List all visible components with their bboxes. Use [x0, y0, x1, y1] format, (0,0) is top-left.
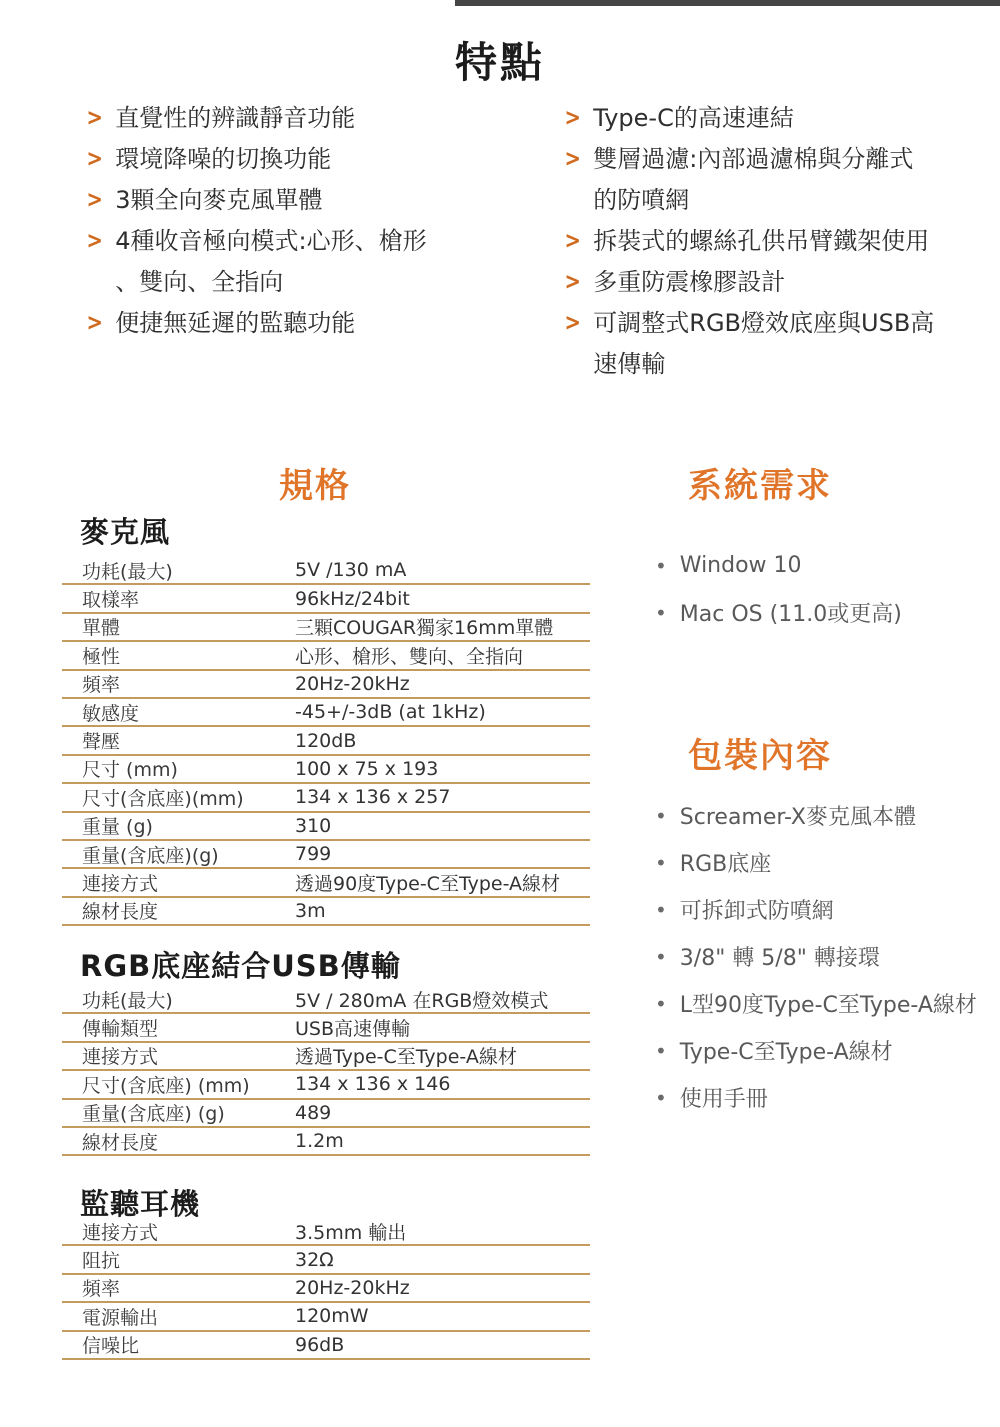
table-row: 信噪比 96dB — [62, 1332, 590, 1360]
list-item: • 可拆卸式防噴網 — [655, 886, 995, 933]
table-row: 線材長度 1.2m — [62, 1128, 590, 1156]
table-row: 阻抗 32Ω — [62, 1246, 590, 1274]
list-item: • Type-C至Type-A線材 — [655, 1027, 995, 1074]
spec-label: 功耗(最大) — [62, 557, 295, 584]
spec-table-monitor-headphone: 連接方式 3.5mm 輸出 阻抗 32Ω 頻率 20Hz-20kHz 電源輸出 … — [62, 1218, 590, 1360]
bullet-icon: • — [655, 806, 667, 826]
spec-value: 489 — [295, 1102, 331, 1124]
bullet-icon: • — [655, 1041, 667, 1061]
table-row: 單體 三顆COUGAR獨家16mm單體 — [62, 614, 590, 642]
list-item: • 使用手冊 — [655, 1074, 995, 1121]
spec-label: 尺寸(含底座)(mm) — [62, 784, 295, 811]
table-row: 電源輸出 120mW — [62, 1303, 590, 1331]
spec-value: 透過90度Type-C至Type-A線材 — [295, 869, 560, 896]
spec-value: 20Hz-20kHz — [295, 673, 410, 695]
bullet-icon: • — [655, 556, 667, 576]
spec-value: 透過Type-C至Type-A線材 — [295, 1042, 517, 1069]
feature-text: 多重防震橡膠設計 — [593, 262, 785, 303]
feature-item: > 雙層過濾:內部過濾棉與分離式 的防噴網 — [563, 139, 993, 221]
spec-label: 線材長度 — [62, 1128, 295, 1155]
feature-text: Type-C的高速連結 — [593, 98, 794, 139]
bullet-icon: • — [655, 853, 667, 873]
bullet-icon: • — [655, 994, 667, 1014]
table-row: 尺寸(含底座)(mm) 134 x 136 x 257 — [62, 784, 590, 812]
feature-text: 拆裝式的螺絲孔供吊臂鐵架使用 — [593, 221, 929, 262]
spec-table-microphone: 功耗(最大) 5V /130 mA 取樣率 96kHz/24bit 單體 三顆C… — [62, 557, 590, 926]
list-item: • RGB底座 — [655, 839, 995, 886]
list-item-text: Type-C至Type-A線材 — [680, 1035, 893, 1066]
specs-heading: 規格 — [62, 458, 568, 507]
spec-label: 極性 — [62, 642, 295, 669]
bullet-icon: • — [655, 900, 667, 920]
feature-item: > 4種收音極向模式:心形、槍形 、雙向、全指向 — [85, 221, 530, 303]
spec-label: 線材長度 — [62, 897, 295, 924]
spec-value: 799 — [295, 843, 331, 865]
spec-label: 連接方式 — [62, 869, 295, 896]
chevron-right-icon: > — [86, 221, 102, 262]
bullet-icon: • — [655, 603, 667, 623]
list-item: • Mac OS (11.0或更高) — [655, 589, 985, 636]
table-row: 聲壓 120dB — [62, 727, 590, 755]
feature-text: 3顆全向麥克風單體 — [115, 180, 322, 221]
table-row: 尺寸(含底座) (mm) 134 x 136 x 146 — [62, 1071, 590, 1099]
spec-value: 310 — [295, 815, 331, 837]
feature-text: 便捷無延遲的監聽功能 — [115, 303, 355, 344]
package-contents-heading: 包裝內容 — [620, 728, 900, 777]
spec-value: 5V /130 mA — [295, 559, 406, 581]
table-row: 取樣率 96kHz/24bit — [62, 585, 590, 613]
feature-item: > 拆裝式的螺絲孔供吊臂鐵架使用 — [563, 221, 993, 262]
spec-label: 連接方式 — [62, 1042, 295, 1069]
list-item-text: 可拆卸式防噴網 — [680, 894, 834, 925]
table-row: 連接方式 3.5mm 輸出 — [62, 1218, 590, 1246]
spec-value: 120dB — [295, 730, 356, 752]
spec-value: 134 x 136 x 257 — [295, 786, 450, 808]
spec-label: 單體 — [62, 613, 295, 640]
table-row: 連接方式 透過90度Type-C至Type-A線材 — [62, 869, 590, 897]
feature-item: > 3顆全向麥克風單體 — [85, 180, 530, 221]
table-row: 連接方式 透過Type-C至Type-A線材 — [62, 1043, 590, 1071]
feature-item: > 直覺性的辨識靜音功能 — [85, 98, 530, 139]
page-title: 特點 — [0, 30, 1000, 90]
table-row: 頻率 20Hz-20kHz — [62, 1275, 590, 1303]
table-row: 功耗(最大) 5V /130 mA — [62, 557, 590, 585]
table-row: 極性 心形、槍形、雙向、全指向 — [62, 642, 590, 670]
top-edge-strip — [455, 0, 1000, 6]
spec-label: 取樣率 — [62, 585, 295, 612]
spec-value: 96dB — [295, 1334, 344, 1356]
spec-value: 96kHz/24bit — [295, 588, 410, 610]
chevron-right-icon: > — [86, 98, 102, 139]
spec-value: 1.2m — [295, 1130, 344, 1152]
spec-label: 頻率 — [62, 1274, 295, 1301]
table-row: 尺寸 (mm) 100 x 75 x 193 — [62, 756, 590, 784]
spec-value: 100 x 75 x 193 — [295, 758, 438, 780]
table-row: 重量(含底座) (g) 489 — [62, 1100, 590, 1128]
table-row: 線材長度 3m — [62, 898, 590, 926]
spec-label: 敏感度 — [62, 699, 295, 726]
list-item-text: L型90度Type-C至Type-A線材 — [680, 988, 977, 1019]
system-requirements-heading: 系統需求 — [620, 458, 900, 507]
feature-text: 環境降噪的切換功能 — [115, 139, 331, 180]
list-item-text: Mac OS (11.0或更高) — [680, 597, 902, 628]
spec-value: 134 x 136 x 146 — [295, 1073, 450, 1095]
feature-item: > 便捷無延遲的監聽功能 — [85, 303, 530, 344]
spec-table-rgb-base: 功耗(最大) 5V / 280mA 在RGB燈效模式 傳輸類型 USB高速傳輸 … — [62, 986, 590, 1156]
spec-value: 3.5mm 輸出 — [295, 1218, 406, 1245]
section-title-rgb-base: RGB底座結合USB傳輸 — [80, 944, 401, 985]
chevron-right-icon: > — [86, 303, 102, 344]
chevron-right-icon: > — [86, 180, 102, 221]
section-title-microphone: 麥克風 — [80, 510, 170, 551]
spec-label: 重量 (g) — [62, 812, 295, 839]
spec-value: 5V / 280mA 在RGB燈效模式 — [295, 986, 548, 1013]
feature-text: 4種收音極向模式:心形、槍形 、雙向、全指向 — [115, 221, 426, 303]
table-row: 重量(含底座)(g) 799 — [62, 841, 590, 869]
list-item: • Window 10 — [655, 542, 985, 589]
system-requirements-list: • Window 10 • Mac OS (11.0或更高) — [655, 542, 985, 636]
feature-item: > Type-C的高速連結 — [563, 98, 993, 139]
feature-text: 可調整式RGB燈效底座與USB高 速傳輸 — [593, 303, 934, 385]
list-item-text: RGB底座 — [680, 847, 771, 878]
table-row: 傳輸類型 USB高速傳輸 — [62, 1014, 590, 1042]
list-item-text: Window 10 — [680, 553, 802, 578]
spec-value: 3m — [295, 900, 326, 922]
feature-text: 雙層過濾:內部過濾棉與分離式 的防噴網 — [593, 139, 913, 221]
spec-value: 120mW — [295, 1305, 369, 1327]
table-row: 頻率 20Hz-20kHz — [62, 671, 590, 699]
table-row: 重量 (g) 310 — [62, 813, 590, 841]
feature-item: > 環境降噪的切換功能 — [85, 139, 530, 180]
chevron-right-icon: > — [564, 303, 580, 344]
list-item-text: Screamer-X麥克風本體 — [680, 800, 916, 831]
spec-label: 聲壓 — [62, 727, 295, 754]
spec-label: 電源輸出 — [62, 1303, 295, 1330]
spec-label: 頻率 — [62, 670, 295, 697]
list-item-text: 3/8" 轉 5/8" 轉接環 — [680, 941, 880, 972]
spec-label: 傳輸類型 — [62, 1014, 295, 1041]
feature-item: > 多重防震橡膠設計 — [563, 262, 993, 303]
spec-value: USB高速傳輸 — [295, 1014, 410, 1041]
chevron-right-icon: > — [564, 221, 580, 262]
table-row: 敏感度 -45+/-3dB (at 1kHz) — [62, 699, 590, 727]
feature-item: > 可調整式RGB燈效底座與USB高 速傳輸 — [563, 303, 993, 385]
package-contents-list: • Screamer-X麥克風本體 • RGB底座 • 可拆卸式防噴網 • 3/… — [655, 792, 995, 1121]
spec-label: 尺寸 (mm) — [62, 755, 295, 782]
spec-value: 三顆COUGAR獨家16mm單體 — [295, 613, 553, 640]
chevron-right-icon: > — [564, 262, 580, 303]
spec-label: 信噪比 — [62, 1331, 295, 1358]
spec-label: 連接方式 — [62, 1218, 295, 1245]
bullet-icon: • — [655, 1088, 667, 1108]
bullet-icon: • — [655, 947, 667, 967]
features-list-left: > 直覺性的辨識靜音功能 > 環境降噪的切換功能 > 3顆全向麥克風單體 > 4… — [85, 98, 530, 344]
spec-value: -45+/-3dB (at 1kHz) — [295, 701, 486, 723]
feature-text: 直覺性的辨識靜音功能 — [115, 98, 355, 139]
chevron-right-icon: > — [564, 98, 580, 139]
spec-value: 心形、槍形、雙向、全指向 — [295, 642, 523, 669]
spec-value: 32Ω — [295, 1249, 334, 1271]
chevron-right-icon: > — [564, 139, 580, 180]
chevron-right-icon: > — [86, 139, 102, 180]
spec-label: 重量(含底座)(g) — [62, 841, 295, 868]
table-row: 功耗(最大) 5V / 280mA 在RGB燈效模式 — [62, 986, 590, 1014]
list-item: • Screamer-X麥克風本體 — [655, 792, 995, 839]
spec-label: 重量(含底座) (g) — [62, 1099, 295, 1126]
spec-value: 20Hz-20kHz — [295, 1277, 410, 1299]
list-item: • 3/8" 轉 5/8" 轉接環 — [655, 933, 995, 980]
spec-label: 尺寸(含底座) (mm) — [62, 1071, 295, 1098]
list-item: • L型90度Type-C至Type-A線材 — [655, 980, 995, 1027]
spec-label: 阻抗 — [62, 1246, 295, 1273]
spec-label: 功耗(最大) — [62, 986, 295, 1013]
list-item-text: 使用手冊 — [680, 1082, 768, 1113]
features-list-right: > Type-C的高速連結 > 雙層過濾:內部過濾棉與分離式 的防噴網 > 拆裝… — [563, 98, 993, 385]
